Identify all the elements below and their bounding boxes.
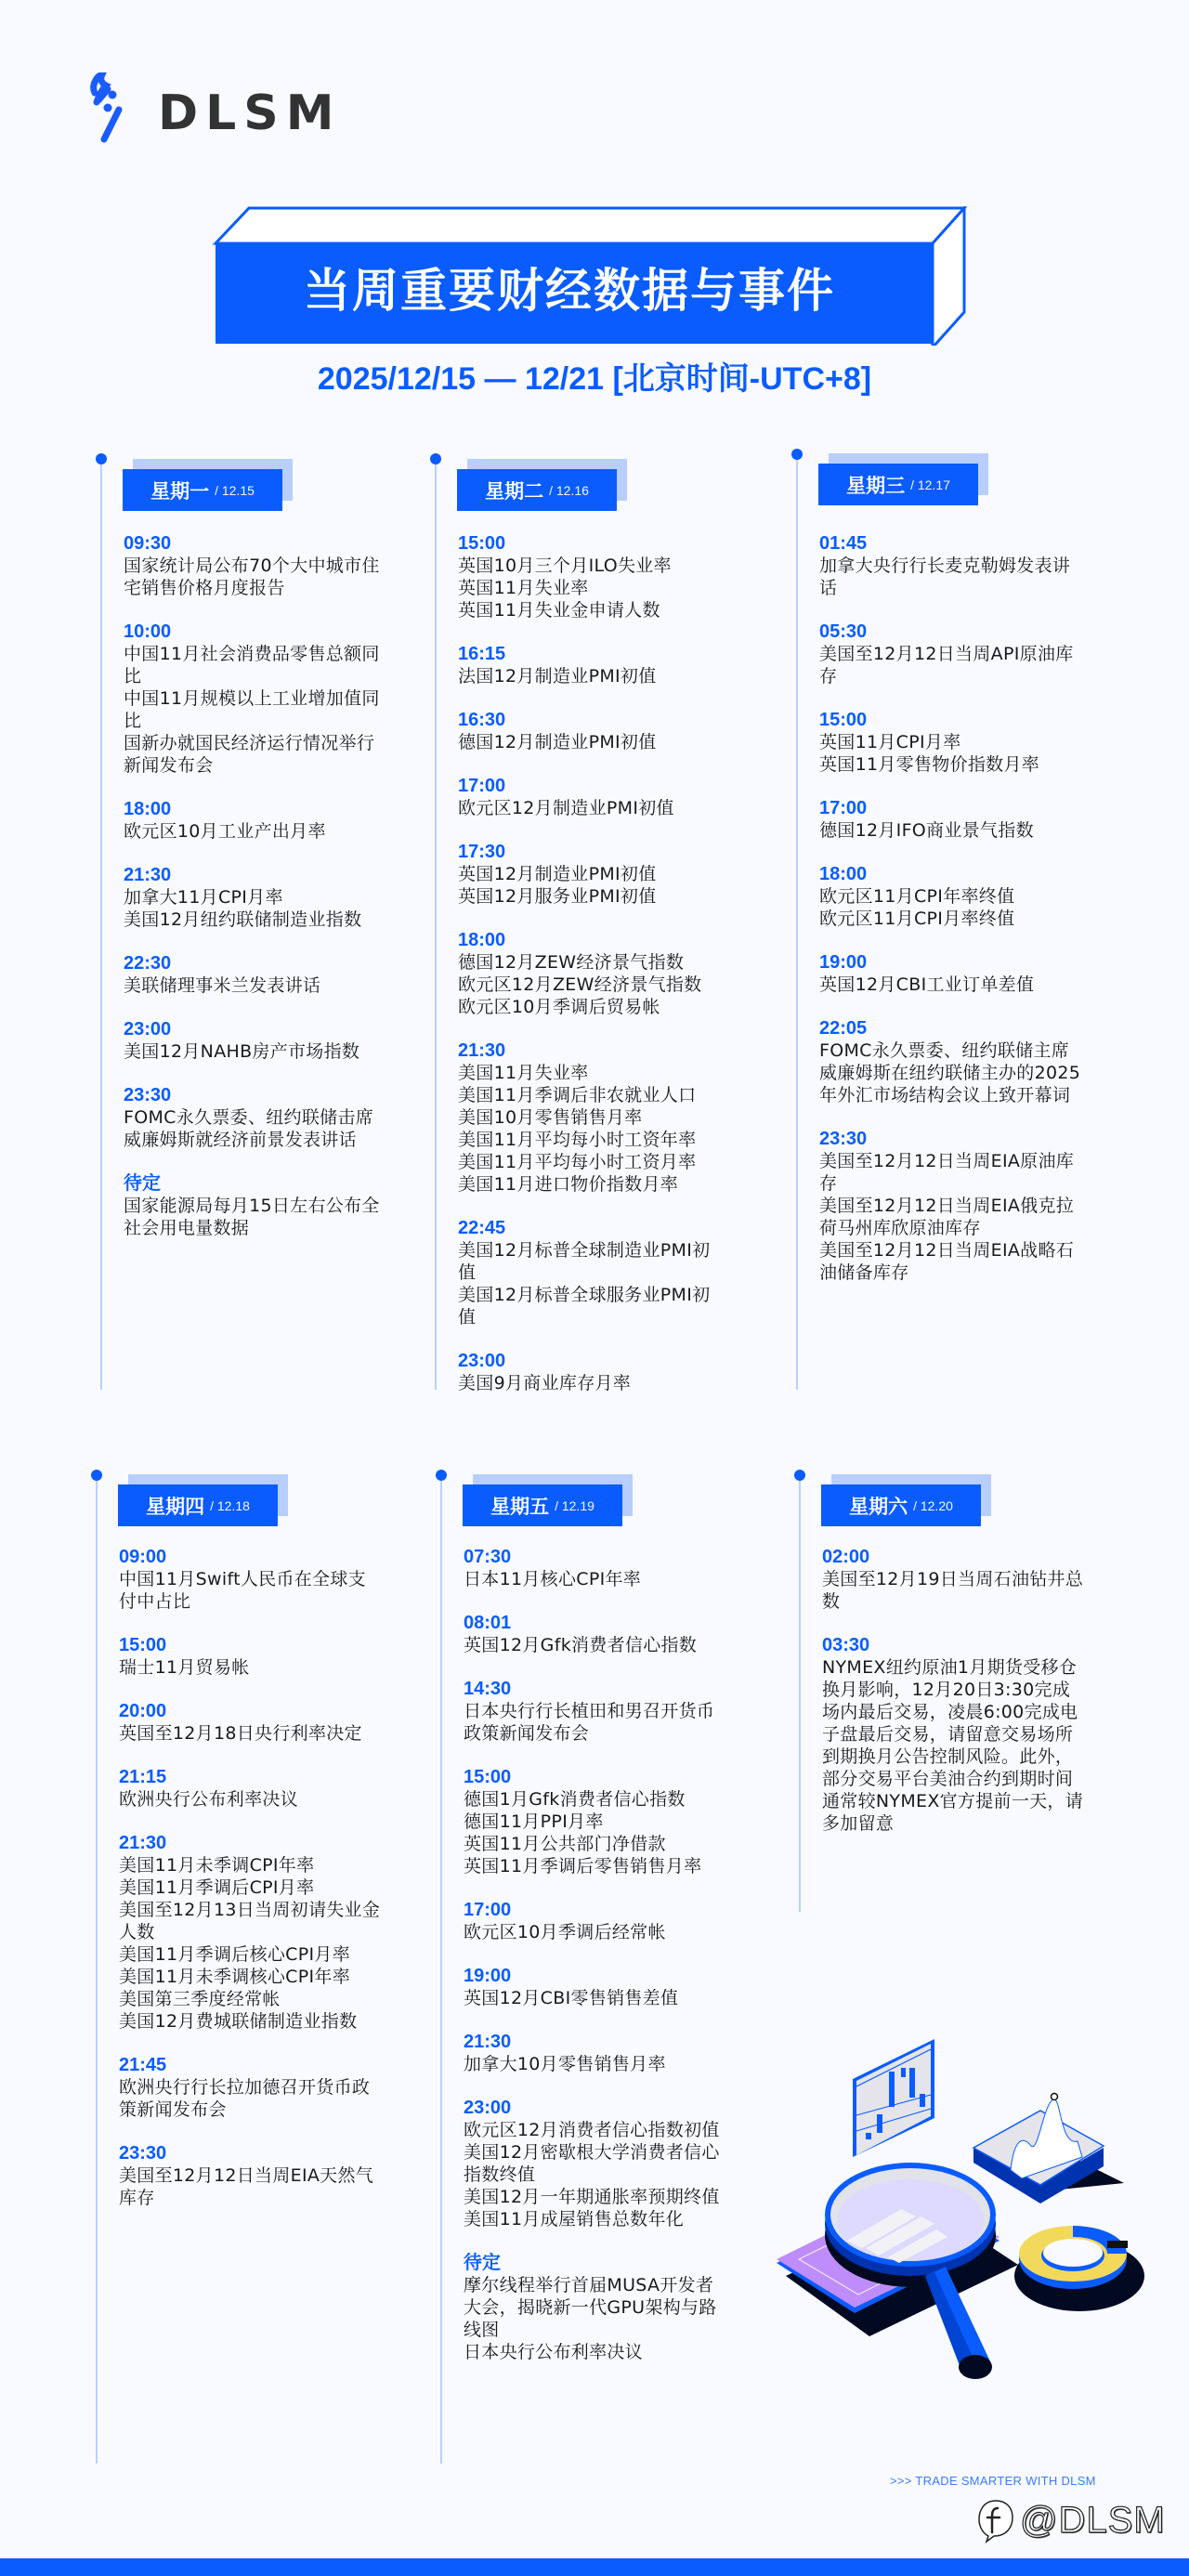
event-item: 中国11月规模以上工业增加值同比 — [124, 687, 388, 732]
event-entry: 19:00英国12月CBI工业订单差值 — [819, 951, 1084, 996]
event-entry: 待定国家能源局每月15日左右公布全社会用电量数据 — [124, 1172, 388, 1239]
event-time: 15:00 — [119, 1634, 384, 1656]
event-item: 欧元区11月CPI年率终值 — [819, 885, 1084, 908]
event-item: 欧洲央行行长拉加德召开货币政策新闻发布会 — [119, 2076, 384, 2121]
event-entry: 17:30英国12月制造业PMI初值英国12月服务业PMI初值 — [458, 841, 723, 908]
event-item: 美国至12月12日当周API原油库存 — [819, 643, 1084, 687]
event-time: 23:00 — [458, 1350, 723, 1372]
event-item: 美国10月零售销售月率 — [458, 1106, 723, 1129]
event-item: 英国12月制造业PMI初值 — [458, 863, 723, 885]
timeline-dot-icon — [436, 1470, 447, 1481]
event-time: 18:00 — [819, 863, 1084, 885]
event-item: 美国至12月12日当周EIA天然气库存 — [119, 2164, 384, 2209]
donut-chart-icon — [1014, 2226, 1144, 2311]
event-item: 美国11月季调后CPI月率 — [119, 1876, 384, 1899]
event-entry: 23:30FOMC永久票委、纽约联储击席威廉姆斯就经济前景发表讲话 — [124, 1084, 388, 1151]
event-item: 英国12月CBI工业订单差值 — [819, 974, 1084, 996]
day-badge: 星期一/ 12.15 — [123, 469, 282, 511]
event-time: 09:30 — [124, 532, 388, 555]
event-item: 美国第三季度经常帐 — [119, 1988, 384, 2010]
event-item: 英国11月季调后零售销售月率 — [464, 1855, 728, 1877]
event-item: 欧元区10月季调后贸易帐 — [458, 996, 723, 1018]
timeline-dot-icon — [791, 449, 803, 460]
event-item: 美国12月标普全球服务业PMI初值 — [458, 1284, 723, 1328]
timeline-line — [440, 1475, 442, 2464]
event-entry: 07:30日本11月核心CPI年率 — [464, 1546, 728, 1590]
event-time: 09:00 — [119, 1546, 384, 1568]
event-item: 英国12月服务业PMI初值 — [458, 885, 723, 908]
date-label: / 12.15 — [215, 483, 255, 498]
date-label: / 12.16 — [549, 483, 589, 498]
day-badge: 星期三/ 12.17 — [818, 464, 978, 505]
event-entry: 18:00德国12月ZEW经济景气指数欧元区12月ZEW经济景气指数欧元区10月… — [458, 929, 723, 1018]
event-item: 德国1月Gfk消费者信心指数 — [464, 1788, 728, 1811]
event-time: 21:45 — [119, 2054, 384, 2076]
date-label: / 12.20 — [913, 1498, 953, 1513]
event-item: 美国12月NAHB房产市场指数 — [124, 1040, 388, 1063]
magnifier-charts-illustration — [762, 1997, 1189, 2415]
event-item: 德国12月ZEW经济景气指数 — [458, 951, 723, 974]
event-item: 欧元区12月ZEW经济景气指数 — [458, 974, 723, 996]
event-entry: 09:30国家统计局公布70个大中城市住宅销售价格月度报告 — [124, 532, 388, 599]
event-time: 10:00 — [124, 621, 388, 643]
event-item: 英国11月失业率 — [458, 577, 723, 599]
event-time: 01:45 — [819, 532, 1084, 555]
event-time: 17:00 — [458, 775, 723, 797]
event-entry: 21:15欧洲央行公布利率决议 — [119, 1766, 384, 1811]
event-item: 日本11月核心CPI年率 — [464, 1568, 728, 1590]
timeline-dot-icon — [430, 453, 441, 464]
event-item: 美国11月进口物价指数月率 — [458, 1173, 723, 1196]
event-item: 美国至12月13日当周初请失业金人数 — [119, 1899, 384, 1943]
event-time: 21:15 — [119, 1766, 384, 1788]
event-time: 23:30 — [819, 1128, 1084, 1150]
event-entry: 14:30日本央行行长植田和男召开货币政策新闻发布会 — [464, 1678, 728, 1745]
event-list: 02:00美国至12月19日当周石油钻井总数03:30NYMEX纽约原油1月期货… — [822, 1546, 1087, 1856]
event-item: 英国12月Gfk消费者信心指数 — [464, 1634, 728, 1656]
event-entry: 23:00美国9月商业库存月率 — [458, 1350, 723, 1394]
event-item: 美国11月未季调CPI年率 — [119, 1854, 384, 1876]
event-time: 15:00 — [464, 1766, 728, 1788]
line-chart-icon — [973, 2094, 1124, 2204]
event-entry: 23:30美国至12月12日当周EIA原油库存美国至12月12日当周EIA俄克拉… — [819, 1128, 1084, 1284]
timeline-dot-icon — [91, 1470, 102, 1481]
event-entry: 15:00英国11月CPI月率英国11月零售物价指数月率 — [819, 709, 1084, 776]
event-item: 美国12月密歇根大学消费者信心指数终值 — [464, 2141, 728, 2186]
event-entry: 21:30加拿大10月零售销售月率 — [464, 2031, 728, 2075]
event-entry: 21:45欧洲央行行长拉加德召开货币政策新闻发布会 — [119, 2054, 384, 2121]
event-time: 20:00 — [119, 1700, 384, 1722]
magnifier-icon — [825, 2163, 996, 2379]
timeline-dot-icon — [96, 453, 107, 464]
event-time: 21:30 — [458, 1040, 723, 1062]
event-list: 09:30国家统计局公布70个大中城市住宅销售价格月度报告10:00中国11月社… — [124, 532, 388, 1261]
event-item: 德国11月PPI月率 — [464, 1811, 728, 1833]
day-badge: 星期五/ 12.19 — [463, 1484, 622, 1526]
event-time: 21:30 — [124, 864, 388, 886]
day-badge: 星期六/ 12.20 — [821, 1484, 981, 1526]
event-time: 22:05 — [819, 1017, 1084, 1040]
event-time: 15:00 — [819, 709, 1084, 731]
event-entry: 18:00欧元区10月工业产出月率 — [124, 798, 388, 843]
timeline-line — [435, 459, 437, 1390]
event-item: 国新办就国民经济运行情况举行新闻发布会 — [124, 732, 388, 777]
event-item: 国家能源局每月15日左右公布全社会用电量数据 — [124, 1195, 388, 1239]
event-item: 美国11月季调后非农就业人口 — [458, 1084, 723, 1106]
event-item: 日本央行公布利率决议 — [464, 2341, 728, 2363]
event-item: 法国12月制造业PMI初值 — [458, 665, 723, 687]
event-time: 05:30 — [819, 621, 1084, 643]
event-time: 23:30 — [119, 2142, 384, 2164]
event-item: 日本央行行长植田和男召开货币政策新闻发布会 — [464, 1700, 728, 1745]
event-entry: 23:00美国12月NAHB房产市场指数 — [124, 1018, 388, 1063]
event-list: 09:00中国11月Swift人民币在全球支付中占比15:00瑞士11月贸易帐2… — [119, 1546, 384, 2230]
event-time: 17:30 — [458, 841, 723, 863]
event-item: 美国11月未季调核心CPI年率 — [119, 1966, 384, 1988]
event-entry: 16:15法国12月制造业PMI初值 — [458, 643, 723, 687]
event-item: 摩尔线程举行首届MUSA开发者大会，揭晓新一代GPU架构与路线图 — [464, 2274, 728, 2341]
event-item: 欧元区12月消费者信心指数初值 — [464, 2119, 728, 2141]
date-range: 2025/12/15 — 12/21 [北京时间-UTC+8] — [0, 353, 1189, 399]
event-item: 国家统计局公布70个大中城市住宅销售价格月度报告 — [124, 555, 388, 599]
event-entry: 09:00中国11月Swift人民币在全球支付中占比 — [119, 1546, 384, 1613]
event-item: 美国至12月12日当周EIA俄克拉荷马州库欣原油库存 — [819, 1195, 1084, 1239]
event-time: 17:00 — [819, 797, 1084, 819]
event-item: 美国12月纽约联储制造业指数 — [124, 909, 388, 931]
logo-mark-icon — [87, 72, 162, 147]
event-list: 15:00英国10月三个月ILO失业率英国11月失业率英国11月失业金申请人数1… — [458, 532, 723, 1416]
timeline-line — [96, 1475, 98, 2464]
event-item: NYMEX纽约原油1月期货受移仓换月影响，12月20日3:30完成场内最后交易，… — [822, 1656, 1087, 1835]
event-time: 22:45 — [458, 1217, 723, 1239]
event-entry: 17:00德国12月IFO商业景气指数 — [819, 797, 1084, 842]
event-item: 中国11月社会消费品零售总额同比 — [124, 643, 388, 687]
event-time: 02:00 — [822, 1546, 1087, 1568]
day-badge: 星期二/ 12.16 — [457, 469, 617, 511]
event-item: 英国10月三个月ILO失业率 — [458, 555, 723, 577]
event-entry: 15:00英国10月三个月ILO失业率英国11月失业率英国11月失业金申请人数 — [458, 532, 723, 621]
event-entry: 22:05FOMC永久票委、纽约联储主席威廉姆斯在纽约联储主办的2025年外汇市… — [819, 1017, 1084, 1106]
watermark: @DLSM — [975, 2497, 1166, 2543]
timeline-line — [100, 459, 102, 1390]
event-entry: 21:30美国11月未季调CPI年率美国11月季调后CPI月率美国至12月13日… — [119, 1832, 384, 2033]
weekday-label: 星期二 — [485, 477, 543, 504]
event-item: 美国至12月19日当周石油钻井总数 — [822, 1568, 1087, 1613]
event-item: FOMC永久票委、纽约联储主席威廉姆斯在纽约联储主办的2025年外汇市场结构会议… — [819, 1040, 1084, 1106]
event-time: 07:30 — [464, 1546, 728, 1568]
event-item: 英国至12月18日央行利率决定 — [119, 1722, 384, 1745]
weekday-label: 星期一 — [150, 477, 209, 504]
event-entry: 22:45美国12月标普全球制造业PMI初值美国12月标普全球服务业PMI初值 — [458, 1217, 723, 1328]
event-item: 美联储理事米兰发表讲话 — [124, 974, 388, 997]
event-time: 21:30 — [119, 1832, 384, 1854]
event-item: 欧元区12月制造业PMI初值 — [458, 797, 723, 819]
timeline-line — [796, 454, 798, 1390]
event-time: 待定 — [464, 2252, 728, 2274]
event-time: 19:00 — [819, 951, 1084, 974]
event-time: 23:00 — [464, 2097, 728, 2119]
event-item: FOMC永久票委、纽约联储击席威廉姆斯就经济前景发表讲话 — [124, 1106, 388, 1151]
event-item: 美国12月标普全球制造业PMI初值 — [458, 1239, 723, 1284]
event-item: 德国12月IFO商业景气指数 — [819, 819, 1084, 842]
event-entry: 15:00德国1月Gfk消费者信心指数德国11月PPI月率英国11月公共部门净借… — [464, 1766, 728, 1877]
bottom-bar — [0, 2558, 1189, 2576]
logo-text: DLSM — [158, 89, 342, 137]
event-item: 欧元区10月工业产出月率 — [124, 820, 388, 843]
event-entry: 21:30美国11月失业率美国11月季调后非农就业人口美国10月零售销售月率美国… — [458, 1040, 723, 1196]
date-label: / 12.19 — [555, 1498, 594, 1513]
event-time: 14:30 — [464, 1678, 728, 1700]
date-label: / 12.18 — [210, 1498, 250, 1513]
event-item: 美国9月商业库存月率 — [458, 1372, 723, 1394]
timeline-dot-icon — [794, 1470, 805, 1481]
event-entry: 17:00欧元区12月制造业PMI初值 — [458, 775, 723, 819]
day-badge: 星期四/ 12.18 — [118, 1484, 278, 1526]
event-time: 18:00 — [124, 798, 388, 820]
event-time: 18:00 — [458, 929, 723, 951]
event-item: 英国11月公共部门净借款 — [464, 1833, 728, 1855]
event-item: 美国11月季调后核心CPI月率 — [119, 1943, 384, 1966]
weekday-label: 星期三 — [846, 471, 905, 499]
event-item: 美国至12月12日当周EIA战略石油储备库存 — [819, 1239, 1084, 1284]
event-entry: 21:30加拿大11月CPI月率美国12月纽约联储制造业指数 — [124, 864, 388, 931]
event-item: 英国11月CPI月率 — [819, 731, 1084, 753]
event-entry: 08:01英国12月Gfk消费者信心指数 — [464, 1612, 728, 1656]
event-entry: 19:00英国12月CBI零售销售差值 — [464, 1965, 728, 2009]
event-time: 15:00 — [458, 532, 723, 555]
event-item: 美国11月平均每小时工资月率 — [458, 1151, 723, 1173]
event-entry: 01:45加拿大央行行长麦克勒姆发表讲话 — [819, 532, 1084, 599]
event-entry: 03:30NYMEX纽约原油1月期货受移仓换月影响，12月20日3:30完成场内… — [822, 1634, 1087, 1835]
event-item: 英国12月CBI零售销售差值 — [464, 1987, 728, 2009]
event-time: 16:30 — [458, 709, 723, 731]
event-entry: 16:30德国12月制造业PMI初值 — [458, 709, 723, 753]
event-item: 美国11月平均每小时工资年率 — [458, 1129, 723, 1151]
weekday-label: 星期六 — [849, 1492, 908, 1520]
event-item: 英国11月零售物价指数月率 — [819, 753, 1084, 776]
event-entry: 20:00英国至12月18日央行利率决定 — [119, 1700, 384, 1745]
event-time: 16:15 — [458, 643, 723, 665]
event-item: 欧洲央行公布利率决议 — [119, 1788, 384, 1811]
watermark-text: @DLSM — [1020, 2500, 1166, 2542]
event-time: 19:00 — [464, 1965, 728, 1987]
event-item: 美国12月一年期通胀率预期终值 — [464, 2186, 728, 2208]
event-entry: 10:00中国11月社会消费品零售总额同比中国11月规模以上工业增加值同比国新办… — [124, 621, 388, 777]
candlestick-chart-icon — [853, 2039, 934, 2157]
event-entry: 18:00欧元区11月CPI年率终值欧元区11月CPI月率终值 — [819, 863, 1084, 930]
event-list: 07:30日本11月核心CPI年率08:01英国12月Gfk消费者信心指数14:… — [464, 1546, 728, 2385]
event-item: 欧元区11月CPI月率终值 — [819, 908, 1084, 930]
event-item: 德国12月制造业PMI初值 — [458, 731, 723, 753]
event-item: 加拿大11月CPI月率 — [124, 886, 388, 909]
timeline-line — [799, 1475, 801, 1912]
event-time: 23:30 — [124, 1084, 388, 1106]
event-item: 加拿大央行行长麦克勒姆发表讲话 — [819, 555, 1084, 599]
event-time: 23:00 — [124, 1018, 388, 1040]
event-entry: 22:30美联储理事米兰发表讲话 — [124, 952, 388, 997]
event-time: 22:30 — [124, 952, 388, 974]
event-item: 瑞士11月贸易帐 — [119, 1656, 384, 1679]
event-item: 加拿大10月零售销售月率 — [464, 2053, 728, 2075]
weekday-label: 星期四 — [146, 1492, 204, 1520]
tagline: >>> TRADE SMARTER WITH DLSM — [890, 2474, 1096, 2488]
event-entry: 23:30美国至12月12日当周EIA天然气库存 — [119, 2142, 384, 2209]
event-entry: 待定摩尔线程举行首届MUSA开发者大会，揭晓新一代GPU架构与路线图日本央行公布… — [464, 2252, 728, 2363]
event-time: 待定 — [124, 1172, 388, 1195]
event-entry: 05:30美国至12月12日当周API原油库存 — [819, 621, 1084, 687]
event-item: 中国11月Swift人民币在全球支付中占比 — [119, 1568, 384, 1613]
date-label: / 12.17 — [910, 477, 950, 492]
event-item: 英国11月失业金申请人数 — [458, 599, 723, 621]
event-entry: 23:00欧元区12月消费者信心指数初值美国12月密歇根大学消费者信心指数终值美… — [464, 2097, 728, 2230]
event-time: 17:00 — [464, 1899, 728, 1921]
weekday-label: 星期五 — [490, 1492, 549, 1520]
event-item: 美国12月费城联储制造业指数 — [119, 2010, 384, 2033]
event-item: 美国至12月12日当周EIA原油库存 — [819, 1150, 1084, 1195]
event-time: 03:30 — [822, 1634, 1087, 1656]
event-item: 欧元区10月季调后经常帐 — [464, 1921, 728, 1943]
event-entry: 02:00美国至12月19日当周石油钻井总数 — [822, 1546, 1087, 1613]
event-item: 美国11月失业率 — [458, 1062, 723, 1084]
page-title: 当周重要财经数据与事件 — [216, 240, 923, 334]
event-entry: 15:00瑞士11月贸易帐 — [119, 1634, 384, 1679]
event-time: 08:01 — [464, 1612, 728, 1634]
platform-logo-icon — [975, 2497, 1016, 2543]
event-time: 21:30 — [464, 2031, 728, 2053]
event-entry: 17:00欧元区10月季调后经常帐 — [464, 1899, 728, 1943]
event-item: 美国11月成屋销售总数年化 — [464, 2208, 728, 2230]
event-list: 01:45加拿大央行行长麦克勒姆发表讲话05:30美国至12月12日当周API原… — [819, 532, 1084, 1305]
